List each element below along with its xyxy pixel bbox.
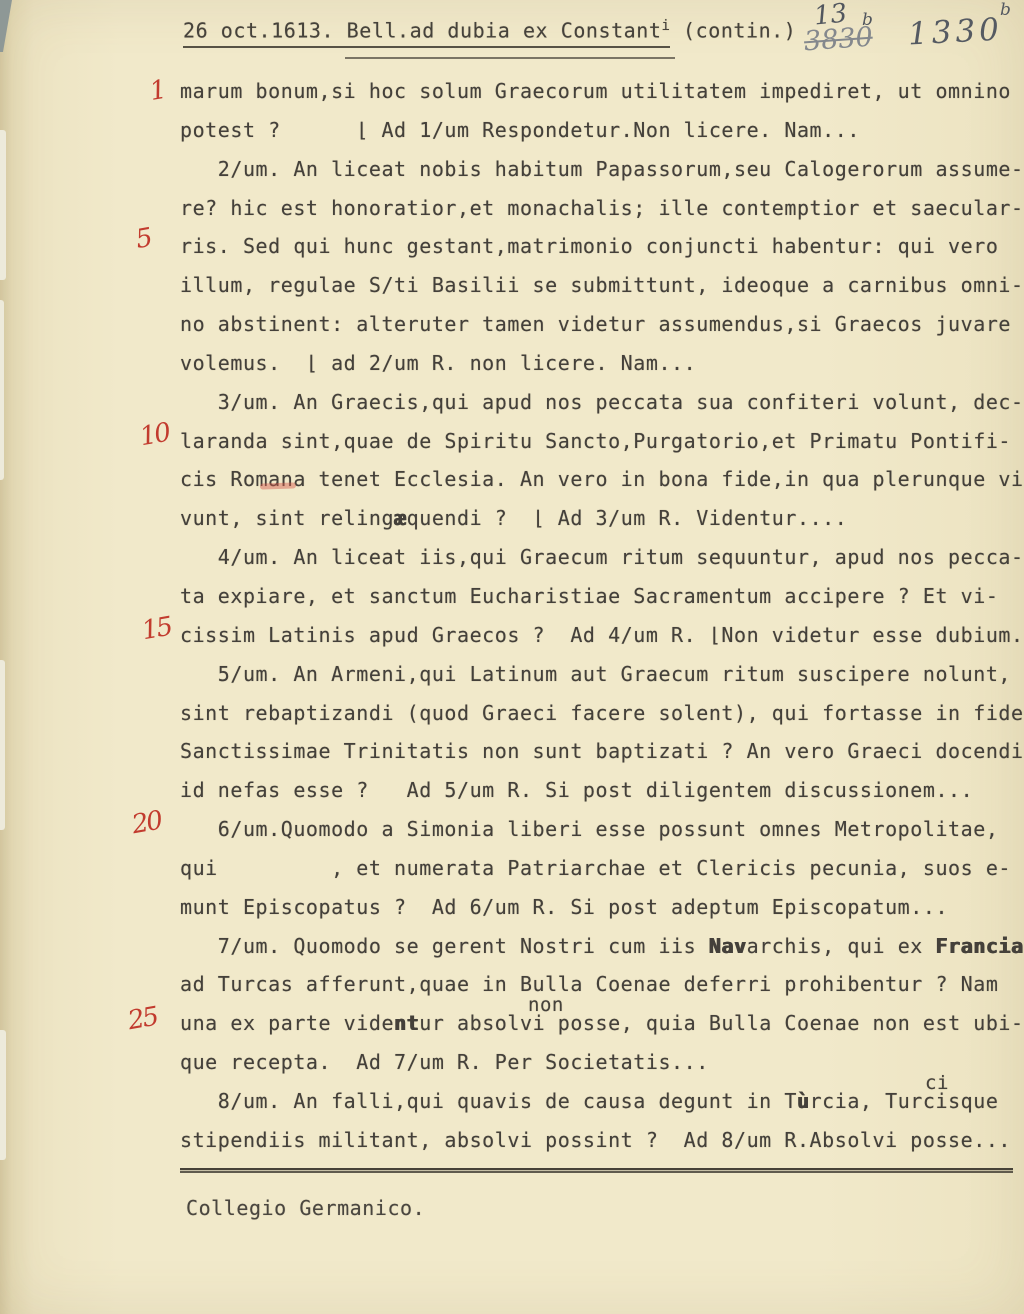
interline-insertion: ci — [925, 1072, 949, 1094]
paper-edge-tear — [0, 300, 4, 480]
text-line: cis Romana tenet Ecclesia. An vero in bo… — [180, 460, 1018, 499]
text-line: potest ? ⌊ Ad 1/um Respondetur.Non licer… — [180, 111, 1018, 150]
page-number-struck-superscript: b — [862, 10, 873, 30]
interline-insertion: non — [528, 994, 564, 1016]
text-line: que recepta. Ad 7/um R. Per Societatis..… — [180, 1043, 1018, 1082]
text-line: volemus. ⌊ ad 2/um R. non licere. Nam... — [180, 344, 1018, 383]
document-title-paren: (contin.) — [670, 19, 796, 43]
separator-line — [180, 1168, 1013, 1174]
text-line: id nefas esse ? Ad 5/um R. Si post dilig… — [180, 771, 1018, 810]
text-line: illum, regulae S/ti Basilii se submittun… — [180, 266, 1018, 305]
text-line: marum bonum,si hoc solum Graecorum utili… — [180, 72, 1018, 111]
document-title: 26 oct.1613. Bell.ad dubia ex Constanti … — [183, 18, 796, 48]
text-line: una ex parte videntur absolvi posse, qui… — [180, 1004, 1018, 1043]
page-number: 1330 — [907, 12, 1004, 53]
page-number-superscript: b — [1000, 0, 1011, 20]
text-line: 7/um. Quomodo se gerent Nostri cum iis N… — [180, 927, 1018, 966]
red-ink-smudge — [260, 482, 296, 489]
text-line: Sanctissimae Trinitatis non sunt baptiza… — [180, 732, 1018, 771]
paper-edge-tear — [0, 1030, 6, 1160]
text-line: 4/um. An liceat iis,qui Graecum ritum se… — [180, 538, 1018, 577]
paper-edge-tear — [0, 130, 6, 280]
text-line: munt Episcopatus ? Ad 6/um R. Si post ad… — [180, 888, 1018, 927]
text-line: 2/um. An liceat nobis habitum Papassorum… — [180, 150, 1018, 189]
line-number: 10 — [138, 418, 172, 453]
page-number-correction: 13 — [813, 0, 849, 32]
line-number: 1 — [148, 75, 168, 107]
paper-edge-tear — [0, 660, 5, 830]
document-title-underlined: 26 oct.1613. Bell.ad dubia ex Constanti — [183, 18, 670, 48]
text-line: vunt, sint relingæquendi ? ⌊ Ad 3/um R. … — [180, 499, 1018, 538]
line-number: 15 — [140, 612, 174, 647]
text-line: ta expiare, et sanctum Eucharistiae Sacr… — [180, 577, 1018, 616]
line-number: 5 — [134, 223, 154, 255]
text-line: laranda sint,quae de Spiritu Sancto,Purg… — [180, 422, 1018, 461]
body-lines: marum bonum,si hoc solum Graecorum utili… — [180, 72, 1018, 1160]
text-line: sint rebaptizandi (quod Graeci facere so… — [180, 694, 1018, 733]
line-number: 20 — [130, 806, 164, 841]
text-line: cissim Latinis apud Graecos ? Ad 4/um R.… — [180, 616, 1018, 655]
text-line: 3/um. An Graecis,qui apud nos peccata su… — [180, 383, 1018, 422]
text-line: 8/um. An falli,qui quavis de causa degun… — [180, 1082, 1018, 1121]
footer-note: Collegio Germanico. — [186, 1196, 425, 1220]
text-line: ris. Sed qui hunc gestant,matrimonio con… — [180, 227, 1018, 266]
text-line: stipendiis militant, absolvi possint ? A… — [180, 1121, 1018, 1160]
text-line: qui , et numerata Patriarchae et Clerici… — [180, 849, 1018, 888]
text-line: 6/um.Quomodo a Simonia liberi esse possu… — [180, 810, 1018, 849]
paper-corner-notch — [0, 0, 12, 52]
title-double-underline — [345, 57, 675, 59]
scan-page: 26 oct.1613. Bell.ad dubia ex Constanti … — [0, 0, 1024, 1314]
text-line: ad Turcas afferunt,quae in Bulla Coenae … — [180, 965, 1018, 1004]
text-line: re? hic est honoratior,et monachalis; il… — [180, 189, 1018, 228]
line-number: 25 — [126, 1002, 160, 1037]
text-line: no abstinent: alteruter tamen videtur as… — [180, 305, 1018, 344]
text-line: 5/um. An Armeni,qui Latinum aut Graecum … — [180, 655, 1018, 694]
